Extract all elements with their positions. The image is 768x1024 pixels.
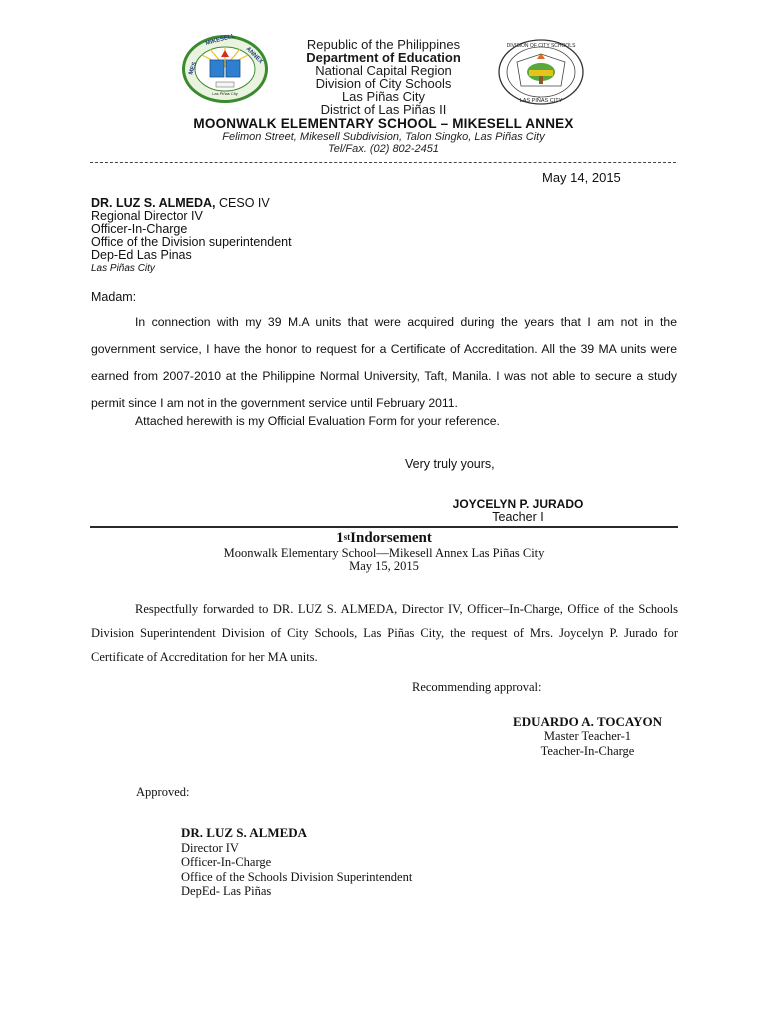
recommender-block: EDUARDO A. TOCAYON Master Teacher-1 Teac…	[495, 714, 680, 759]
approved-label: Approved:	[136, 785, 189, 800]
salutation: Madam:	[91, 290, 136, 304]
approver-line: Director IV	[181, 841, 412, 856]
signatory-title: Teacher I	[420, 511, 616, 524]
school-address: Felimon Street, Mikesell Subdivision, Ta…	[90, 131, 677, 143]
indorsement-divider	[90, 526, 678, 528]
approver-line: Officer-In-Charge	[181, 855, 412, 870]
approver-name: DR. LUZ S. ALMEDA	[181, 826, 412, 841]
letter-closing: Very truly yours,	[405, 457, 495, 471]
recommending-label: Recommending approval:	[412, 680, 541, 695]
indorsement-body: Respectfully forwarded to DR. LUZ S. ALM…	[91, 597, 678, 669]
addressee-line: Dep-Ed Las Pinas	[91, 249, 292, 262]
indorsement-header: 1stIndorsement Moonwalk Elementary Schoo…	[90, 529, 678, 573]
letter-attachment-note: Attached herewith is my Official Evaluat…	[135, 414, 500, 428]
letterhead: Republic of the Philippines Department o…	[90, 38, 677, 155]
recommender-role: Teacher-In-Charge	[495, 744, 680, 759]
school-name: MOONWALK ELEMENTARY SCHOOL – MIKESELL AN…	[90, 116, 677, 131]
indorsement-body-text: Respectfully forwarded to DR. LUZ S. ALM…	[91, 602, 678, 664]
letter-body-text: In connection with my 39 M.A units that …	[91, 315, 677, 410]
letter-body-paragraph: In connection with my 39 M.A units that …	[91, 309, 677, 417]
letter-signatory: JOYCELYN P. JURADO Teacher I	[420, 498, 616, 524]
addressee-suffix: CESO IV	[216, 196, 270, 210]
indorsement-date: May 15, 2015	[90, 560, 678, 573]
addressee-city: Las Piñas City	[91, 262, 292, 275]
recommender-name: EDUARDO A. TOCAYON	[495, 714, 680, 729]
letter-date: May 14, 2015	[542, 170, 621, 185]
letterhead-divider	[90, 162, 676, 163]
recommender-title: Master Teacher-1	[495, 729, 680, 744]
approver-block: DR. LUZ S. ALMEDA Director IV Officer-In…	[181, 826, 412, 899]
indorsement-title: 1stIndorsement	[90, 529, 678, 547]
addressee-name: DR. LUZ S. ALMEDA,	[91, 196, 216, 210]
approver-line: Office of the Schools Division Superinte…	[181, 870, 412, 885]
addressee-block: DR. LUZ S. ALMEDA, CESO IV Regional Dire…	[91, 197, 292, 275]
approver-line: DepEd- Las Piñas	[181, 884, 412, 899]
school-telfax: Tel/Fax. (02) 802-2451	[90, 143, 677, 155]
letterhead-district: District of Las Piñas II	[90, 103, 677, 116]
